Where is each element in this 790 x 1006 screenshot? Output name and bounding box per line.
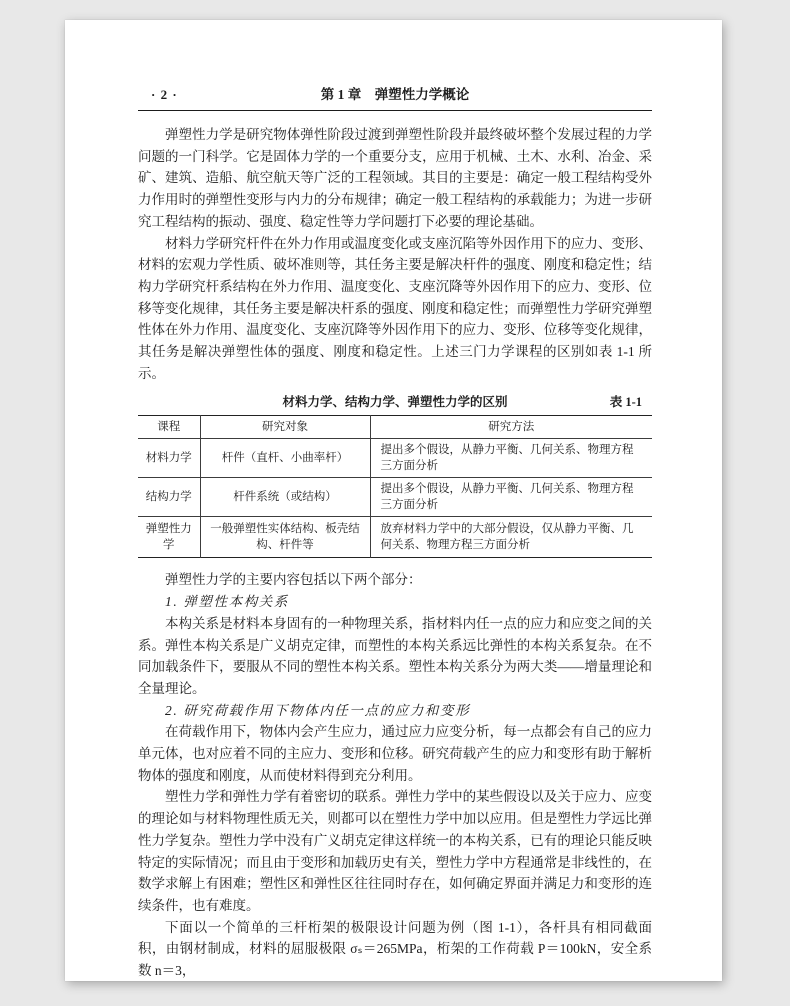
book-page: · 2 · 第 1 章 弹塑性力学概论 弹塑性力学是研究物体弹性阶段过渡到弹塑性… [65, 20, 722, 981]
paragraph: 材料力学研究杆件在外力作用或温度变化或支座沉陷等外因作用下的应力、变形、材料的宏… [138, 233, 652, 385]
table-header-row: 课程 研究对象 研究方法 [138, 416, 652, 439]
table-cell-object: 杆件系统（或结构） [200, 478, 370, 517]
table-cell-method: 提出多个假设，从静力平衡、几何关系、物理方程三方面分析 [370, 439, 652, 478]
table-head: 课程 研究对象 研究方法 [138, 416, 652, 439]
table-header-object: 研究对象 [200, 416, 370, 439]
table-cell-course: 结构力学 [138, 478, 200, 517]
table-header-course: 课程 [138, 416, 200, 439]
running-head: · 2 · 第 1 章 弹塑性力学概论 [138, 86, 652, 111]
table-body: 材料力学 杆件（直杆、小曲率杆） 提出多个假设，从静力平衡、几何关系、物理方程三… [138, 439, 652, 558]
table-cell-method: 放弃材料力学中的大部分假设，仅从静力平衡、几何关系、物理方程三方面分析 [370, 517, 652, 558]
body-paragraphs: 弹塑性力学的主要内容包括以下两个部分： 1. 弹塑性本构关系 本构关系是材料本身… [138, 569, 652, 981]
desk-background: · 2 · 第 1 章 弹塑性力学概论 弹塑性力学是研究物体弹性阶段过渡到弹塑性… [0, 0, 790, 1006]
table-cell-course: 材料力学 [138, 439, 200, 478]
table-title: 材料力学、结构力学、弹塑性力学的区别 [282, 395, 507, 409]
paragraph: 2. 研究荷载作用下物体内任一点的应力和变形 [138, 700, 652, 722]
table-header-method: 研究方法 [370, 416, 652, 439]
table-label: 表 1-1 [610, 393, 642, 411]
paragraph: 在荷载作用下，物体内会产生应力，通过应力应变分析，每一点都会有自己的应力单元体，… [138, 721, 652, 786]
table-cell-object: 杆件（直杆、小曲率杆） [200, 439, 370, 478]
table-cell-course: 弹塑性力学 [138, 517, 200, 558]
comparison-table: 课程 研究对象 研究方法 材料力学 杆件（直杆、小曲率杆） 提出多个假设，从静力… [138, 415, 652, 558]
table-row: 弹塑性力学 一般弹塑性实体结构、板壳结构、杆件等 放弃材料力学中的大部分假设，仅… [138, 517, 652, 558]
paragraph: 下面以一个简单的三杆桁架的极限设计问题为例（图 1-1），各杆具有相同截面积，由… [138, 917, 652, 982]
paragraph: 1. 弹塑性本构关系 [138, 591, 652, 613]
table-row: 材料力学 杆件（直杆、小曲率杆） 提出多个假设，从静力平衡、几何关系、物理方程三… [138, 439, 652, 478]
table-cell-object: 一般弹塑性实体结构、板壳结构、杆件等 [200, 517, 370, 558]
table-row: 结构力学 杆件系统（或结构） 提出多个假设，从静力平衡、几何关系、物理方程三方面… [138, 478, 652, 517]
intro-paragraphs: 弹塑性力学是研究物体弹性阶段过渡到弹塑性阶段并最终破坏整个发展过程的力学问题的一… [138, 124, 652, 384]
paragraph: 塑性力学和弹性力学有着密切的联系。弹性力学中的某些假设以及关于应力、应变的理论如… [138, 786, 652, 916]
paragraph: 弹塑性力学是研究物体弹性阶段过渡到弹塑性阶段并最终破坏整个发展过程的力学问题的一… [138, 124, 652, 233]
table-cell-method: 提出多个假设，从静力平衡、几何关系、物理方程三方面分析 [370, 478, 652, 517]
table-caption: 材料力学、结构力学、弹塑性力学的区别 表 1-1 [138, 393, 652, 411]
chapter-title: 第 1 章 弹塑性力学概论 [138, 83, 652, 103]
paragraph: 本构关系是材料本身固有的一种物理关系，指材料内任一点的应力和应变之间的关系。弹性… [138, 613, 652, 700]
paragraph: 弹塑性力学的主要内容包括以下两个部分： [138, 569, 652, 591]
